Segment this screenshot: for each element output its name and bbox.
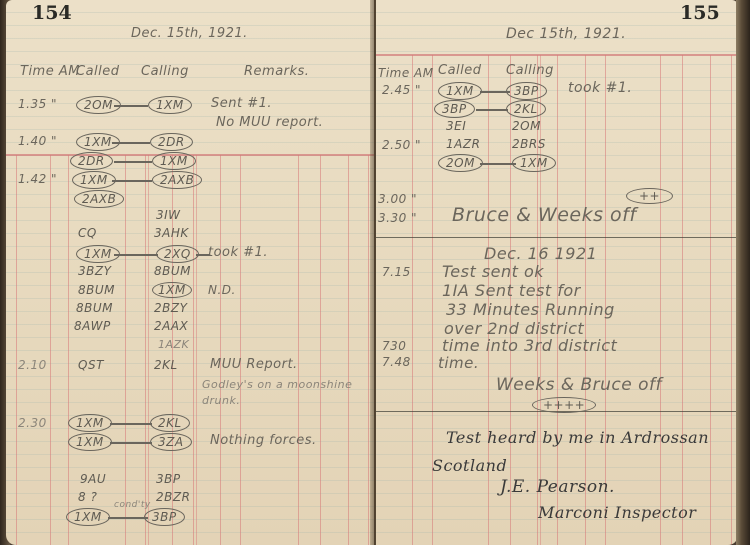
called-callsign: 8 ? xyxy=(78,490,97,504)
column-line xyxy=(660,55,661,545)
called-callsign: 1XM xyxy=(68,433,112,451)
column-line xyxy=(682,55,683,545)
calling-callsign: 1XM xyxy=(512,154,556,172)
entry-time: 7.48 xyxy=(382,355,411,369)
log-line: time into 3rd district xyxy=(442,336,617,355)
called-callsign: 1XM xyxy=(72,171,116,189)
called-callsign: 8BUM xyxy=(76,301,113,315)
called-callsign: 3BP xyxy=(434,100,475,118)
column-line xyxy=(320,155,321,545)
calling-callsign: 3ZA xyxy=(150,433,192,451)
entry-remarks: No MUU report. xyxy=(216,115,323,130)
entry-remarks: MUU Report. xyxy=(210,357,298,372)
contact-link xyxy=(112,142,150,144)
column-line xyxy=(220,155,221,545)
column-line xyxy=(412,55,413,545)
contact-link xyxy=(108,517,148,519)
inspector-note: Test heard by me in Ardrossan xyxy=(446,428,709,447)
contact-link xyxy=(114,161,152,163)
contact-link xyxy=(480,163,516,165)
inspector-title: Marconi Inspector xyxy=(538,503,696,522)
called-callsign: 1XM xyxy=(438,82,482,100)
calling-callsign: 3BP xyxy=(144,508,185,526)
called-callsign: 2DR xyxy=(70,152,113,170)
calling-callsign: 1XM xyxy=(152,152,196,170)
link-label: cond'ty xyxy=(114,500,151,510)
calling-callsign: 2XQ xyxy=(156,245,199,263)
log-line: Test sent ok xyxy=(442,262,544,281)
calling-callsign: 2BZY xyxy=(154,301,187,315)
entry-time: 1.42 " xyxy=(18,172,57,186)
header-remarks: Remarks. xyxy=(244,64,309,79)
calling-callsign: 1XM xyxy=(148,96,192,114)
page-number: 154 xyxy=(32,2,72,24)
called-callsign: CQ xyxy=(78,226,97,240)
entry-remarks: Godley's on a moonshine xyxy=(202,378,352,391)
page-date: Dec. 15th, 1921. xyxy=(131,26,248,41)
entry-remarks: Nothing forces. xyxy=(210,433,317,448)
called-callsign: 9AU xyxy=(80,472,106,486)
calling-callsign: 3IW xyxy=(156,208,181,222)
section-date: Dec. 16 1921 xyxy=(484,244,597,263)
signal-mark: ++++ xyxy=(532,397,596,413)
calling-callsign: 2DR xyxy=(150,133,193,151)
contact-link xyxy=(110,423,152,425)
column-line xyxy=(348,155,349,545)
logbook-spread: 154 Dec. 15th, 1921. Time AM Called Call… xyxy=(0,0,750,545)
contact-link xyxy=(114,105,148,107)
column-line xyxy=(145,155,146,545)
called-callsign: 1AZR xyxy=(446,137,480,151)
calling-callsign: 3BP xyxy=(506,82,547,100)
called-callsign: 8BUM xyxy=(78,283,115,297)
entry-time: 7.15 xyxy=(382,265,411,279)
header-called: Called xyxy=(438,63,482,78)
page-date: Dec 15th, 1921. xyxy=(506,26,626,42)
log-note: Bruce & Weeks off xyxy=(452,204,637,226)
entry-time: 1.40 " xyxy=(18,134,57,148)
calling-callsign: 2AXB xyxy=(152,171,202,189)
calling-callsign: 3AHK xyxy=(154,226,189,240)
entry-remarks: N.D. xyxy=(208,283,236,297)
header-time: Time AM xyxy=(20,64,80,79)
entry-time: 730 xyxy=(382,339,406,353)
column-line xyxy=(368,155,369,545)
header-time: Time AM xyxy=(378,66,434,80)
entry-remarks: took #1. xyxy=(208,245,268,260)
calling-callsign: 1XM xyxy=(152,282,192,298)
header-called: Called xyxy=(76,64,120,79)
called-callsign: 1XM xyxy=(68,414,112,432)
log-line: 33 Minutes Running xyxy=(446,300,615,319)
entry-time: 2.10 xyxy=(18,358,47,372)
header-calling: Calling xyxy=(141,64,189,79)
column-line xyxy=(50,155,51,545)
column-line xyxy=(125,155,126,545)
calling-callsign: 2AAX xyxy=(154,319,188,333)
calling-callsign: 8BUM xyxy=(154,264,191,278)
called-callsign: 3EI xyxy=(446,119,466,133)
calling-callsign: 2OM xyxy=(512,119,541,133)
left-page: 154 Dec. 15th, 1921. Time AM Called Call… xyxy=(6,0,374,545)
column-line xyxy=(731,55,732,545)
called-callsign: 8AWP xyxy=(74,319,111,333)
calling-callsign: 2BRS xyxy=(512,137,546,151)
inspector-note: Scotland xyxy=(432,456,507,475)
log-line: time. xyxy=(438,354,479,372)
contact-link xyxy=(476,109,508,111)
inspector-signature: J.E. Pearson. xyxy=(500,477,615,497)
entry-time: 2.30 xyxy=(18,416,47,430)
column-line xyxy=(68,155,69,545)
section-divider xyxy=(376,237,738,238)
calling-callsign: 2KL xyxy=(154,358,178,372)
called-callsign: 2OM xyxy=(438,154,483,172)
entry-time: 3.30 " xyxy=(378,211,417,225)
called-callsign: 2AXB xyxy=(74,190,124,208)
entry-time: 3.00 " xyxy=(378,192,417,206)
calling-callsign: 2BZR xyxy=(156,490,190,504)
contact-link xyxy=(114,254,158,256)
column-line xyxy=(298,155,299,545)
page-number: 155 xyxy=(680,2,720,24)
right-page: 155 Dec 15th, 1921. Time AM Called Calli… xyxy=(376,0,738,545)
column-line xyxy=(710,55,711,545)
column-line xyxy=(240,155,241,545)
signal-mark: ++ xyxy=(626,188,673,204)
header-calling: Calling xyxy=(506,63,554,78)
entry-remarks: drunk. xyxy=(202,394,240,407)
called-callsign: 1XM xyxy=(66,508,110,526)
log-line: 1IA Sent test for xyxy=(442,281,581,300)
book-right-edge xyxy=(736,0,750,545)
entry-remarks: took #1. xyxy=(568,80,632,96)
contact-link xyxy=(112,180,152,182)
entry-time: 2.45 " xyxy=(382,83,421,97)
called-callsign: 3BZY xyxy=(78,264,111,278)
log-note: Weeks & Bruce off xyxy=(496,375,662,395)
calling-callsign: 3BP xyxy=(156,472,181,486)
calling-callsign: 1AZK xyxy=(158,338,189,351)
contact-link xyxy=(110,442,152,444)
entry-time: 2.50 " xyxy=(382,138,421,152)
called-callsign: QST xyxy=(78,358,104,372)
calling-callsign: 2KL xyxy=(150,414,190,432)
entry-remarks: Sent #1. xyxy=(211,96,272,111)
column-line xyxy=(16,155,17,545)
entry-time: 1.35 " xyxy=(18,97,57,111)
column-line xyxy=(193,155,194,545)
calling-callsign: 2KL xyxy=(506,100,546,118)
